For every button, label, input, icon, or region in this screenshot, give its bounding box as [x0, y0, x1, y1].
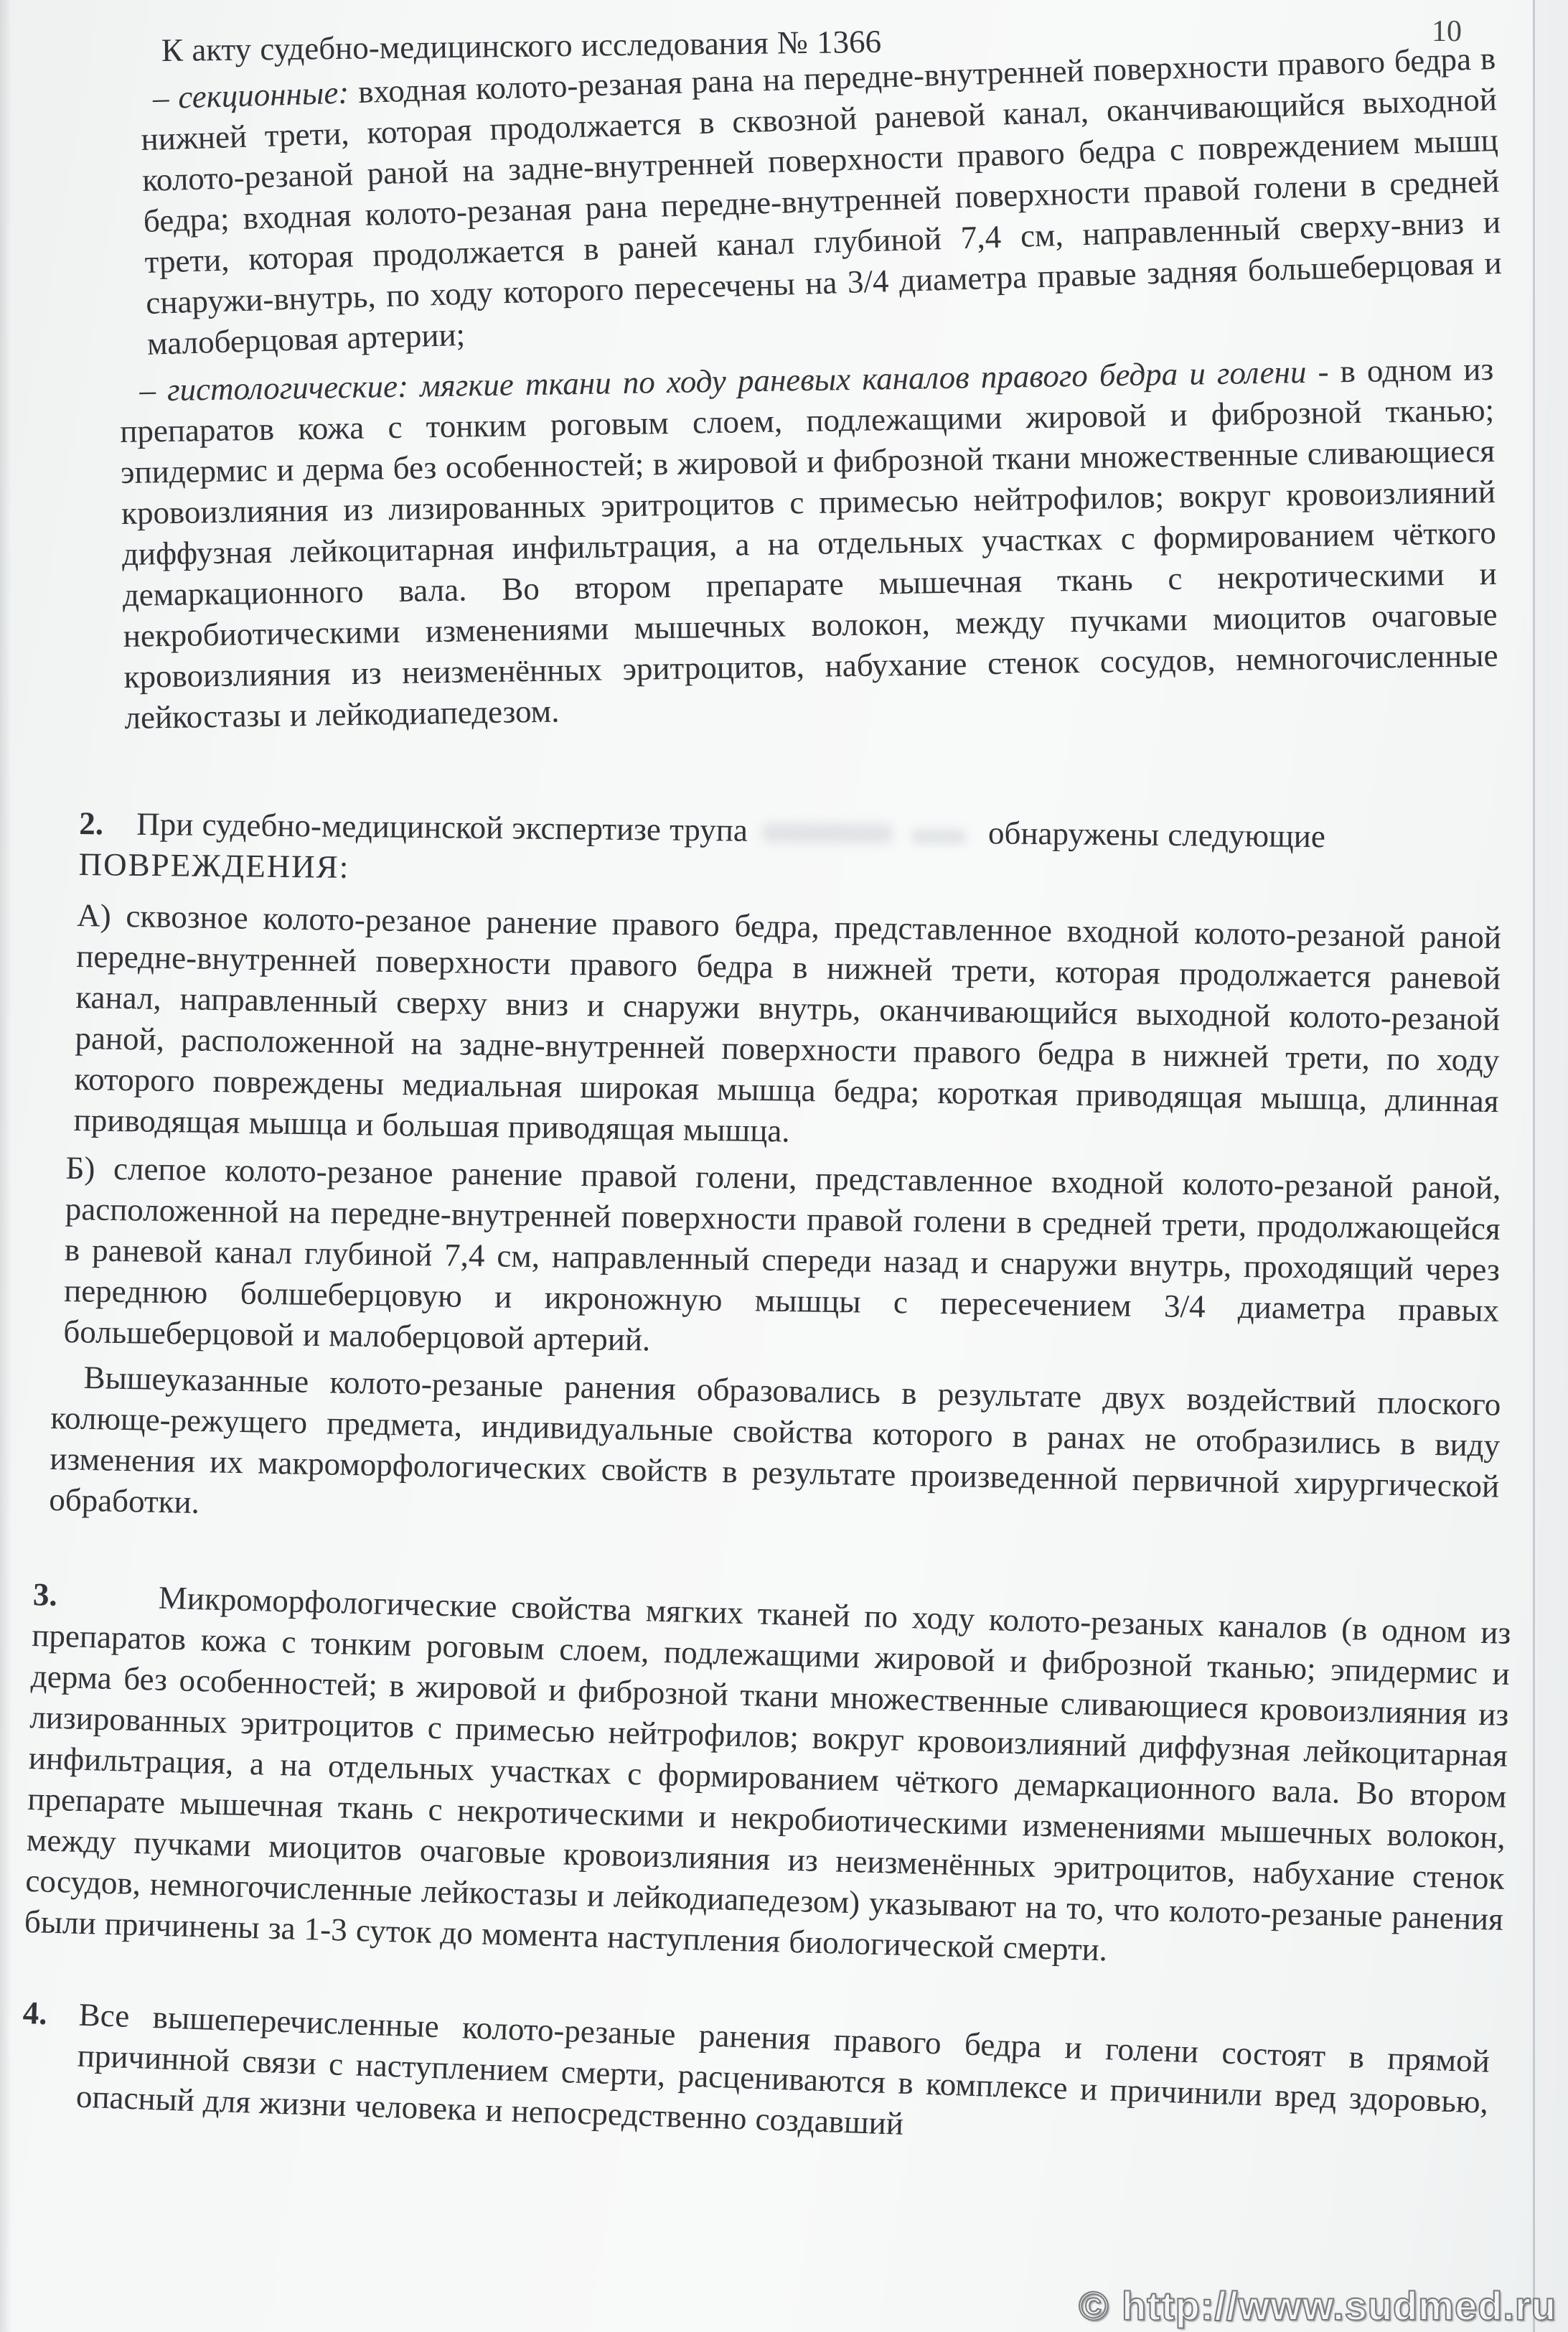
item-a-label: А): [77, 897, 111, 934]
item-3-text: Микроморфологические свойства мягких тка…: [24, 1580, 1511, 1968]
redacted-initials-smudge: [911, 828, 967, 845]
wounds-origin-text: Вышеуказанные колото-резаные ранения обр…: [49, 1359, 1501, 1520]
item-2-number: 2.: [79, 803, 137, 845]
conclusion-item-2: 2.При судебно-медицинской экспертизе тру…: [78, 803, 1482, 899]
conclusion-item-4: 4.Все вышеперечисленные колото-резаные р…: [19, 1992, 1490, 2164]
histological-text: - в одном из препаратов кожа с тонким ро…: [120, 351, 1498, 736]
item-b-label: Б): [65, 1150, 95, 1186]
wounds-origin-paragraph: Вышеуказанные колото-резаные ранения обр…: [49, 1357, 1501, 1548]
item-2-text-before: При судебно-медицинской экспертизе трупа: [136, 806, 748, 848]
sectional-findings-paragraph: – секционные: входная колото-резаная ран…: [139, 38, 1503, 365]
item-4-text: Все вышеперечисленные колото-резаные ран…: [75, 1997, 1490, 2142]
item-3-number: 3.: [32, 1574, 159, 1619]
document-content: К акту судебно-медицинского исследования…: [0, 30, 1568, 2115]
histological-findings-paragraph: – гистологические: мягкие ткани по ходу …: [119, 349, 1499, 739]
scanned-document-page: 10 К акту судебно-медицинского исследова…: [0, 0, 1568, 2332]
sudmed-watermark: © http://www.sudmed.ru: [1079, 2285, 1557, 2326]
item-a-text: сквозное колото-резаное ранение правого …: [73, 898, 1501, 1149]
item-4-number: 4.: [22, 1992, 80, 2036]
histological-lead: – гистологические:: [139, 368, 408, 408]
conclusion-item-b: Б) слепое колото-резаное ранение правой …: [63, 1148, 1501, 1372]
conclusion-item-a: А) сквозное колото-резаное ранение право…: [73, 895, 1501, 1163]
redacted-name-smudge: [761, 823, 893, 844]
sectional-lead: – секционные:: [152, 74, 349, 116]
item-2-text-after: обнаружены следующие: [988, 815, 1325, 854]
conclusion-item-3: 3.Микроморфологические свойства мягких т…: [24, 1574, 1511, 1981]
item-b-text: слепое колото-резаное ранение правой гол…: [63, 1151, 1501, 1357]
